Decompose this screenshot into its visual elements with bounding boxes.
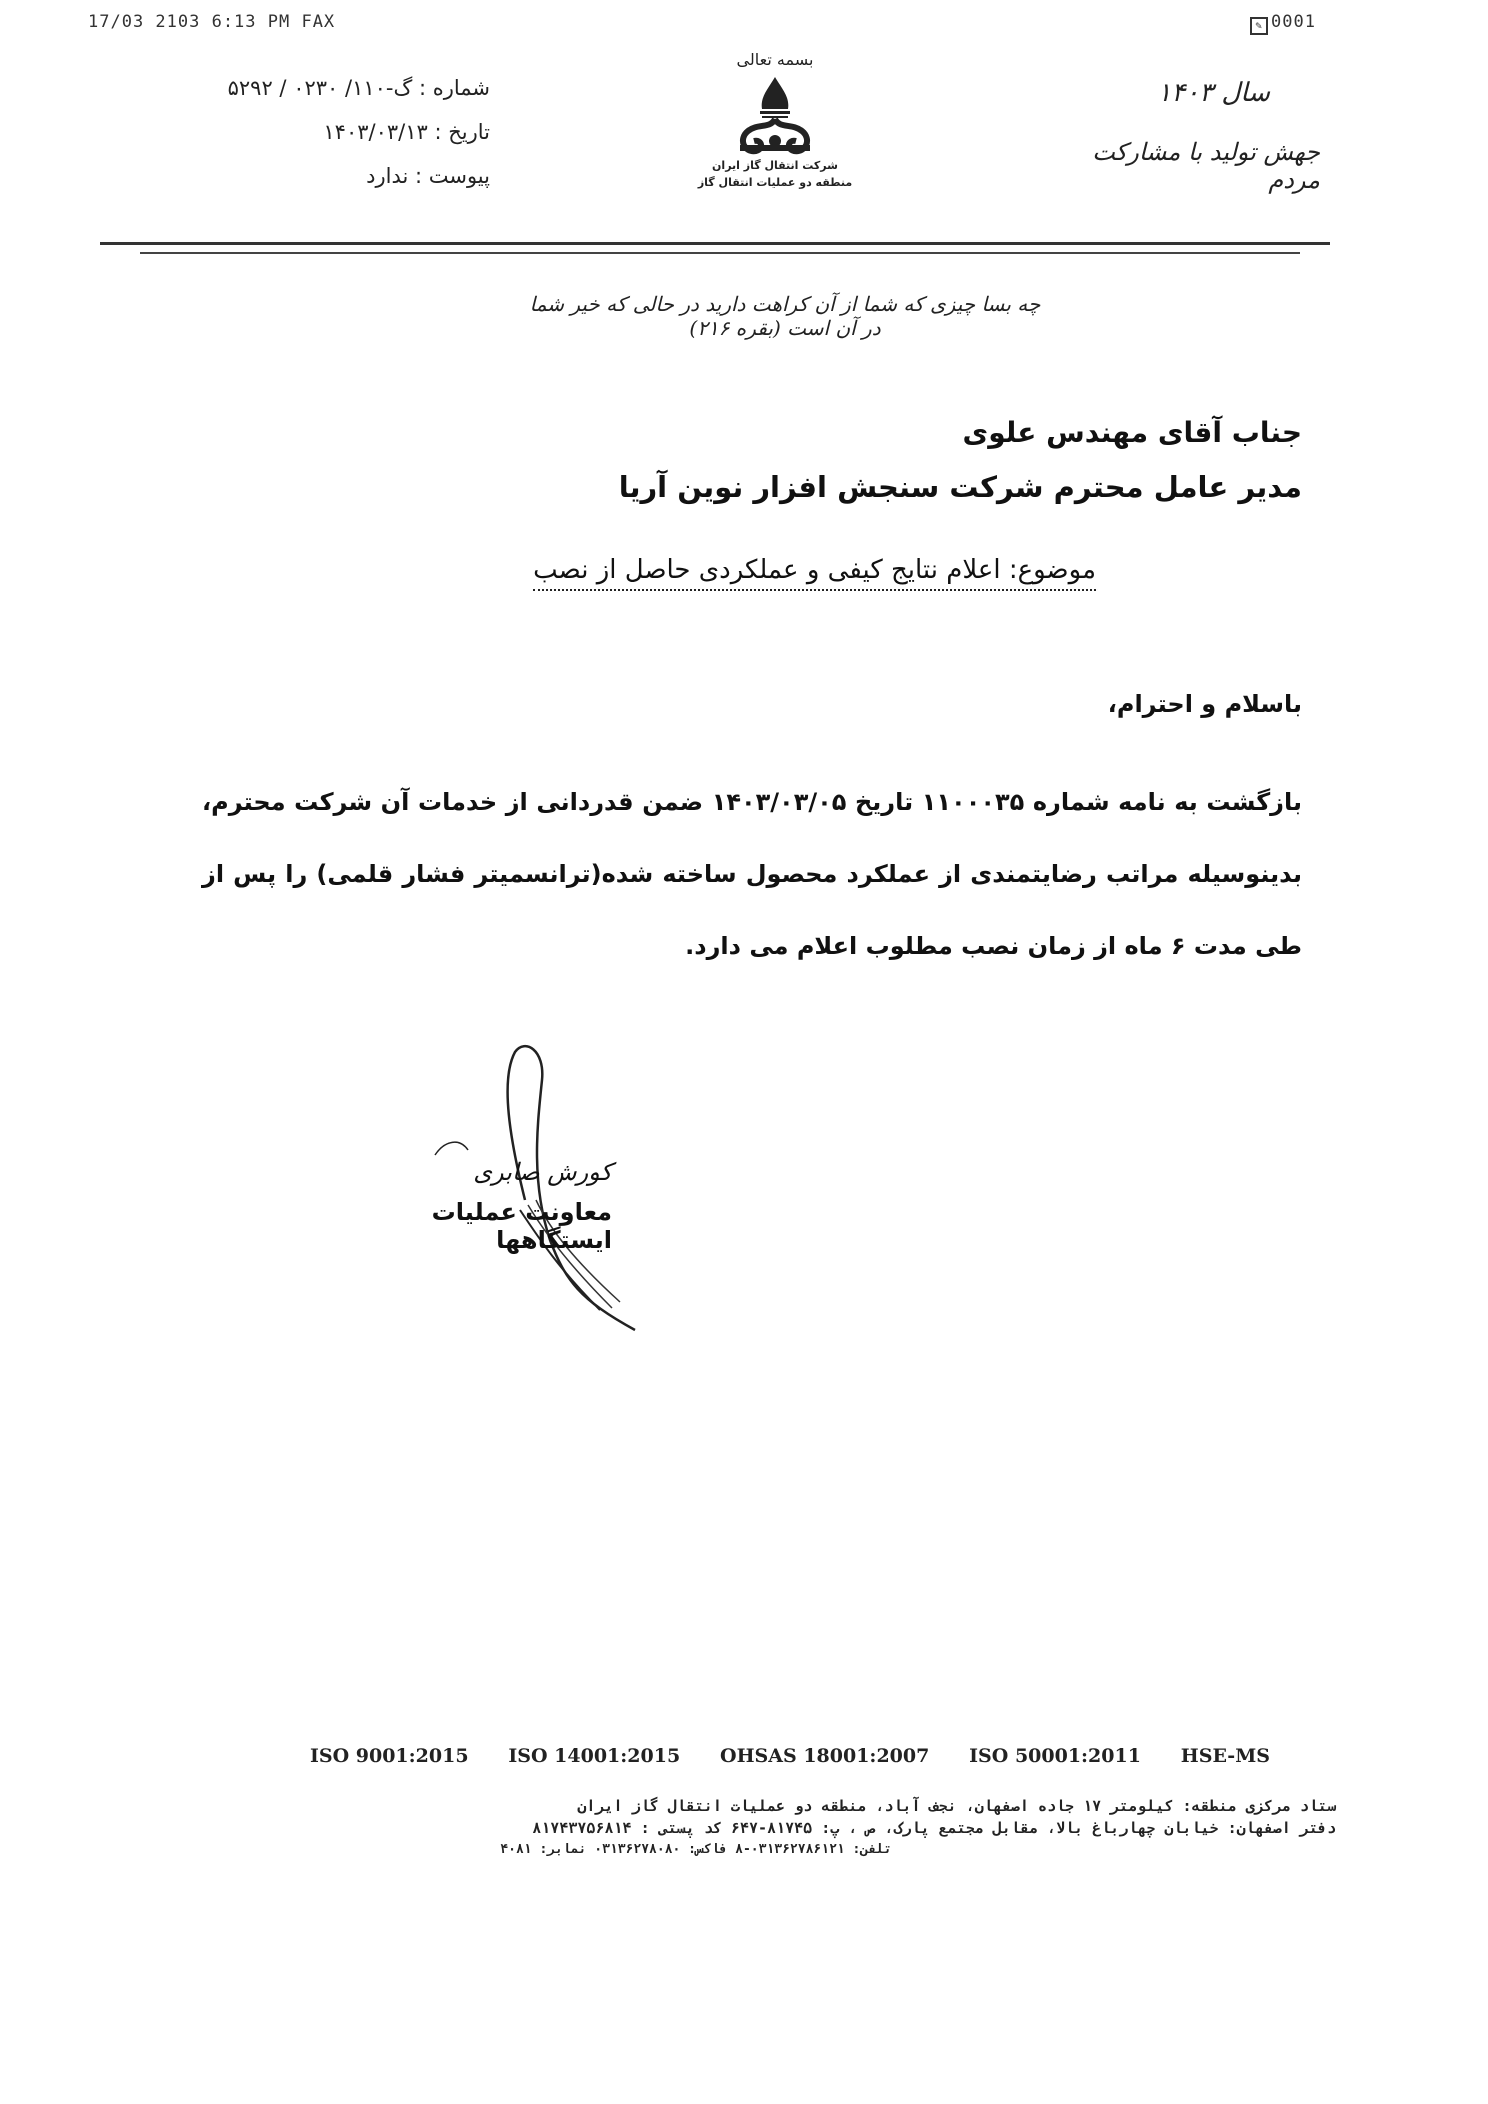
handwritten-signature-icon	[350, 1040, 660, 1340]
certification-item: ISO 50001:2011	[969, 1745, 1141, 1767]
footer-hq-address: ستاد مرکزی منطقه: کیلومتر ۱۷ جاده اصفهان…	[236, 1795, 1336, 1817]
quran-quote: چه بسا چیزی که شما از آن کراهت دارید در …	[520, 292, 1050, 340]
certification-item: HSE-MS	[1181, 1745, 1270, 1767]
org-division: منطقه دو عملیات انتقال گاز	[690, 174, 860, 191]
basmala: بسمه تعالی	[690, 50, 860, 69]
year-slogan-block: سال ۱۴۰۳ جهش تولید با مشارکت مردم	[1090, 78, 1320, 194]
signatory-name: کورش صابری	[473, 1158, 612, 1186]
letterhead-logo-block: بسمه تعالی شرکت انتقال گاز ایران منطقه د…	[690, 50, 860, 191]
certification-item: ISO 9001:2015	[310, 1745, 469, 1767]
year-slogan: جهش تولید با مشارکت مردم	[1090, 138, 1320, 194]
nigc-flame-logo-icon	[730, 75, 820, 155]
signature-block: کورش صابری معاونت عملیات ایستگاهها	[350, 1040, 660, 1340]
recipient-name: جناب آقای مهندس علوی	[602, 406, 1302, 460]
fax-page-icon: ✎	[1250, 17, 1268, 35]
letter-number: شماره : گ-۱۱۰/ ۰۲۳۰ / ۵۲۹۲	[180, 66, 490, 110]
letter-body: باسلام و احترام، بازگشت به نامه شماره ۱۱…	[202, 690, 1302, 982]
certification-item: ISO 14001:2015	[508, 1745, 680, 1767]
org-name: شرکت انتقال گاز ایران	[690, 157, 860, 174]
header-divider	[100, 242, 1330, 245]
fax-page-counter: ✎0001	[1250, 12, 1316, 35]
year-label: سال ۱۴۰۳	[1090, 78, 1320, 108]
greeting: باسلام و احترام،	[202, 690, 1302, 718]
fax-timestamp: 17/03 2103 6:13 PM FAX	[88, 12, 335, 32]
certification-item: OHSAS 18001:2007	[720, 1745, 929, 1767]
header-divider-secondary	[140, 252, 1300, 254]
letter-subject: موضوع: اعلام نتایج کیفی و عملکردی حاصل ا…	[533, 555, 1096, 591]
footer-office-address: دفتر اصفهان: خیابان چهارباغ بالا، مقابل …	[236, 1817, 1336, 1839]
letter-footer: ستاد مرکزی منطقه: کیلومتر ۱۷ جاده اصفهان…	[236, 1795, 1336, 1861]
footer-contact: تلفن: ۰۳۱۳۶۲۷۸۶۱۲۱-۸ فاکس: ۰۳۱۳۶۲۷۸۰۸۰ ن…	[236, 1839, 1336, 1861]
recipient-title: مدیر عامل محترم شرکت سنجش افزار نوین آری…	[602, 460, 1302, 514]
letter-meta: شماره : گ-۱۱۰/ ۰۲۳۰ / ۵۲۹۲ تاریخ : ۱۴۰۳/…	[180, 66, 490, 198]
fax-page-number: 0001	[1271, 12, 1316, 32]
letter-date: تاریخ : ۱۴۰۳/۰۳/۱۳	[180, 110, 490, 154]
fax-header: 17/03 2103 6:13 PM FAX ✎0001	[0, 8, 1488, 36]
signatory-title: معاونت عملیات ایستگاهها	[350, 1198, 612, 1254]
body-paragraph: بازگشت به نامه شماره ۱۱۰۰۰۳۵ تاریخ ۱۴۰۳/…	[202, 766, 1302, 982]
recipient-block: جناب آقای مهندس علوی مدیر عامل محترم شرک…	[602, 406, 1302, 514]
certification-list: ISO 9001:2015 ISO 14001:2015 OHSAS 18001…	[310, 1745, 1270, 1767]
letter-attachment: پیوست : ندارد	[180, 154, 490, 198]
